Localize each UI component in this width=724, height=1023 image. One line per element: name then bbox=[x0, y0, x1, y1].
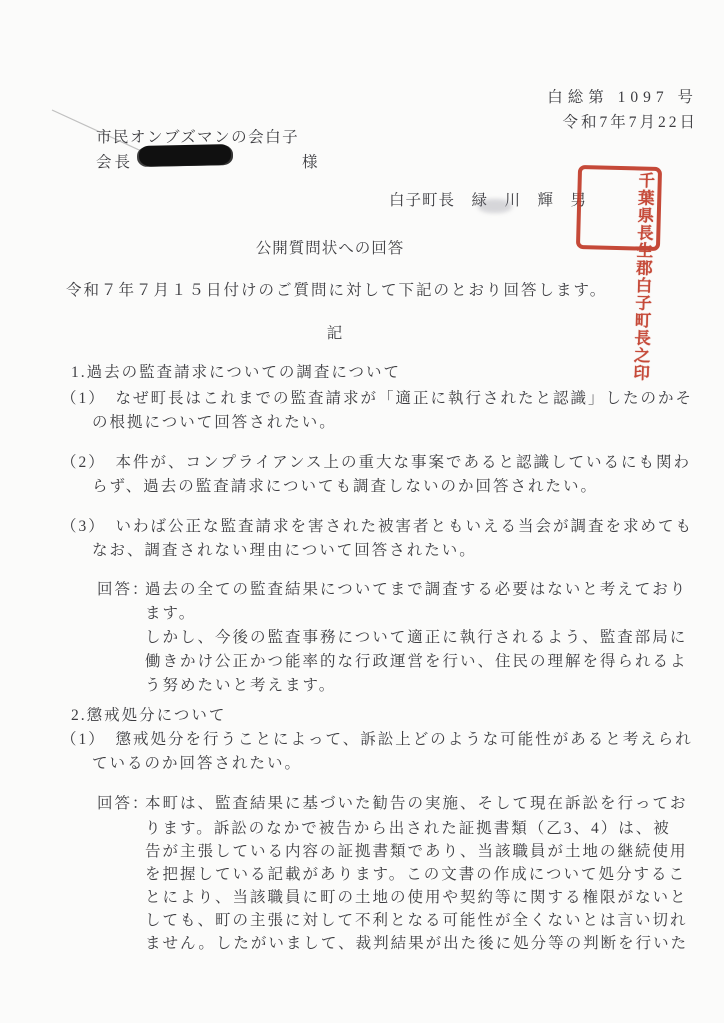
recipient-honorific: 様 bbox=[302, 150, 320, 172]
section-1-question-3-line-1: （3） いわば公正な監査請求を害された被害者ともいえる当会が調査を求めても bbox=[61, 514, 693, 536]
section-1-answer-line-4: 働きかけ公正かつ能率的な行政運営を行い、住民の理解を得られるよ bbox=[145, 649, 688, 671]
section-2-answer-label: 回答： bbox=[97, 791, 150, 813]
document-number: 白総第 1097 号 bbox=[547, 85, 698, 107]
scanned-document-page: 白総第 1097 号 令和7年7月22日 市民オンブズマンの会白子 会長 様 白… bbox=[0, 0, 724, 1023]
section-1-answer-label: 回答： bbox=[97, 577, 150, 599]
section-2-answer-line-1: 本町は、監査結果に基づいた勧告の実施、そして現在訴訟を行ってお bbox=[145, 791, 688, 813]
document-title: 公開質問状への回答 bbox=[0, 236, 660, 258]
section-1-answer-line-2: ます。 bbox=[145, 601, 196, 623]
intro-line: 令和７年７月１５日付けのご質問に対して下記のとおり回答します。 bbox=[66, 278, 607, 300]
redaction-bar bbox=[139, 144, 231, 166]
section-1-answer-line-5: う努めたいと考えます。 bbox=[145, 673, 336, 695]
section-2-answer-line-4: を把握している記載があります。この文書の作成について処分するこ bbox=[145, 862, 686, 884]
section-1-question-1-line-1: （1） なぜ町長はこれまでの監査請求が「適正に執行されたと認識」したのかそ bbox=[61, 386, 693, 408]
section-1-question-2-line-2: らず、過去の監査請求についても調査しないのか回答されたい。 bbox=[92, 474, 598, 496]
section-1-question-3-line-2: なお、調査されない理由について回答されたい。 bbox=[92, 538, 477, 560]
section-2-question-1-line-2: ているのか回答されたい。 bbox=[92, 751, 302, 773]
section-1-heading: 1.過去の監査請求についての調査について bbox=[71, 360, 401, 382]
recipient-title: 会長 bbox=[96, 150, 133, 172]
recipient-organization: 市民オンブズマンの会白子 bbox=[96, 125, 299, 147]
section-1-question-2-line-1: （2） 本件が、コンプライアンス上の重大な事案であると認識しているにも関わ bbox=[61, 450, 691, 472]
record-marker: 記 bbox=[0, 321, 670, 343]
section-2-answer-line-2: ります。訴訟のなかで被告から出された証拠書類（乙3、4）は、被 bbox=[145, 816, 671, 838]
section-2-answer-line-7: ません。したがいまして、裁判結果が出た後に処分等の判断を行いた bbox=[145, 931, 688, 953]
section-2-heading: 2.懲戒処分について bbox=[71, 703, 226, 725]
section-1-answer-line-3: しかし、今後の監査事務について適正に執行されるよう、監査部局に bbox=[145, 625, 687, 647]
document-date: 令和7年7月22日 bbox=[562, 110, 698, 132]
section-2-answer-line-3: 告が主張している内容の証拠書類であり、当該職員が土地の継続使用 bbox=[145, 839, 688, 861]
section-2-question-1-line-1: （1） 懲戒処分を行うことによって、訴訟上どのような可能性があると考えられ bbox=[61, 727, 693, 749]
section-1-answer-line-1: 過去の全ての監査結果についてまで調査する必要はないと考えており bbox=[145, 577, 687, 599]
official-seal-text: 千葉県長生郡白子町長之印 bbox=[581, 170, 657, 244]
section-2-answer-line-6: しても、町の主張に対して不利となる可能性が全くないとは言い切れ bbox=[145, 908, 688, 930]
faint-stamp-artifact bbox=[478, 199, 512, 213]
section-1-question-1-line-2: の根拠について回答されたい。 bbox=[92, 410, 337, 432]
section-2-answer-line-5: とにより、当該職員に町の土地の使用や契約等に関する権限がないと bbox=[145, 885, 688, 907]
